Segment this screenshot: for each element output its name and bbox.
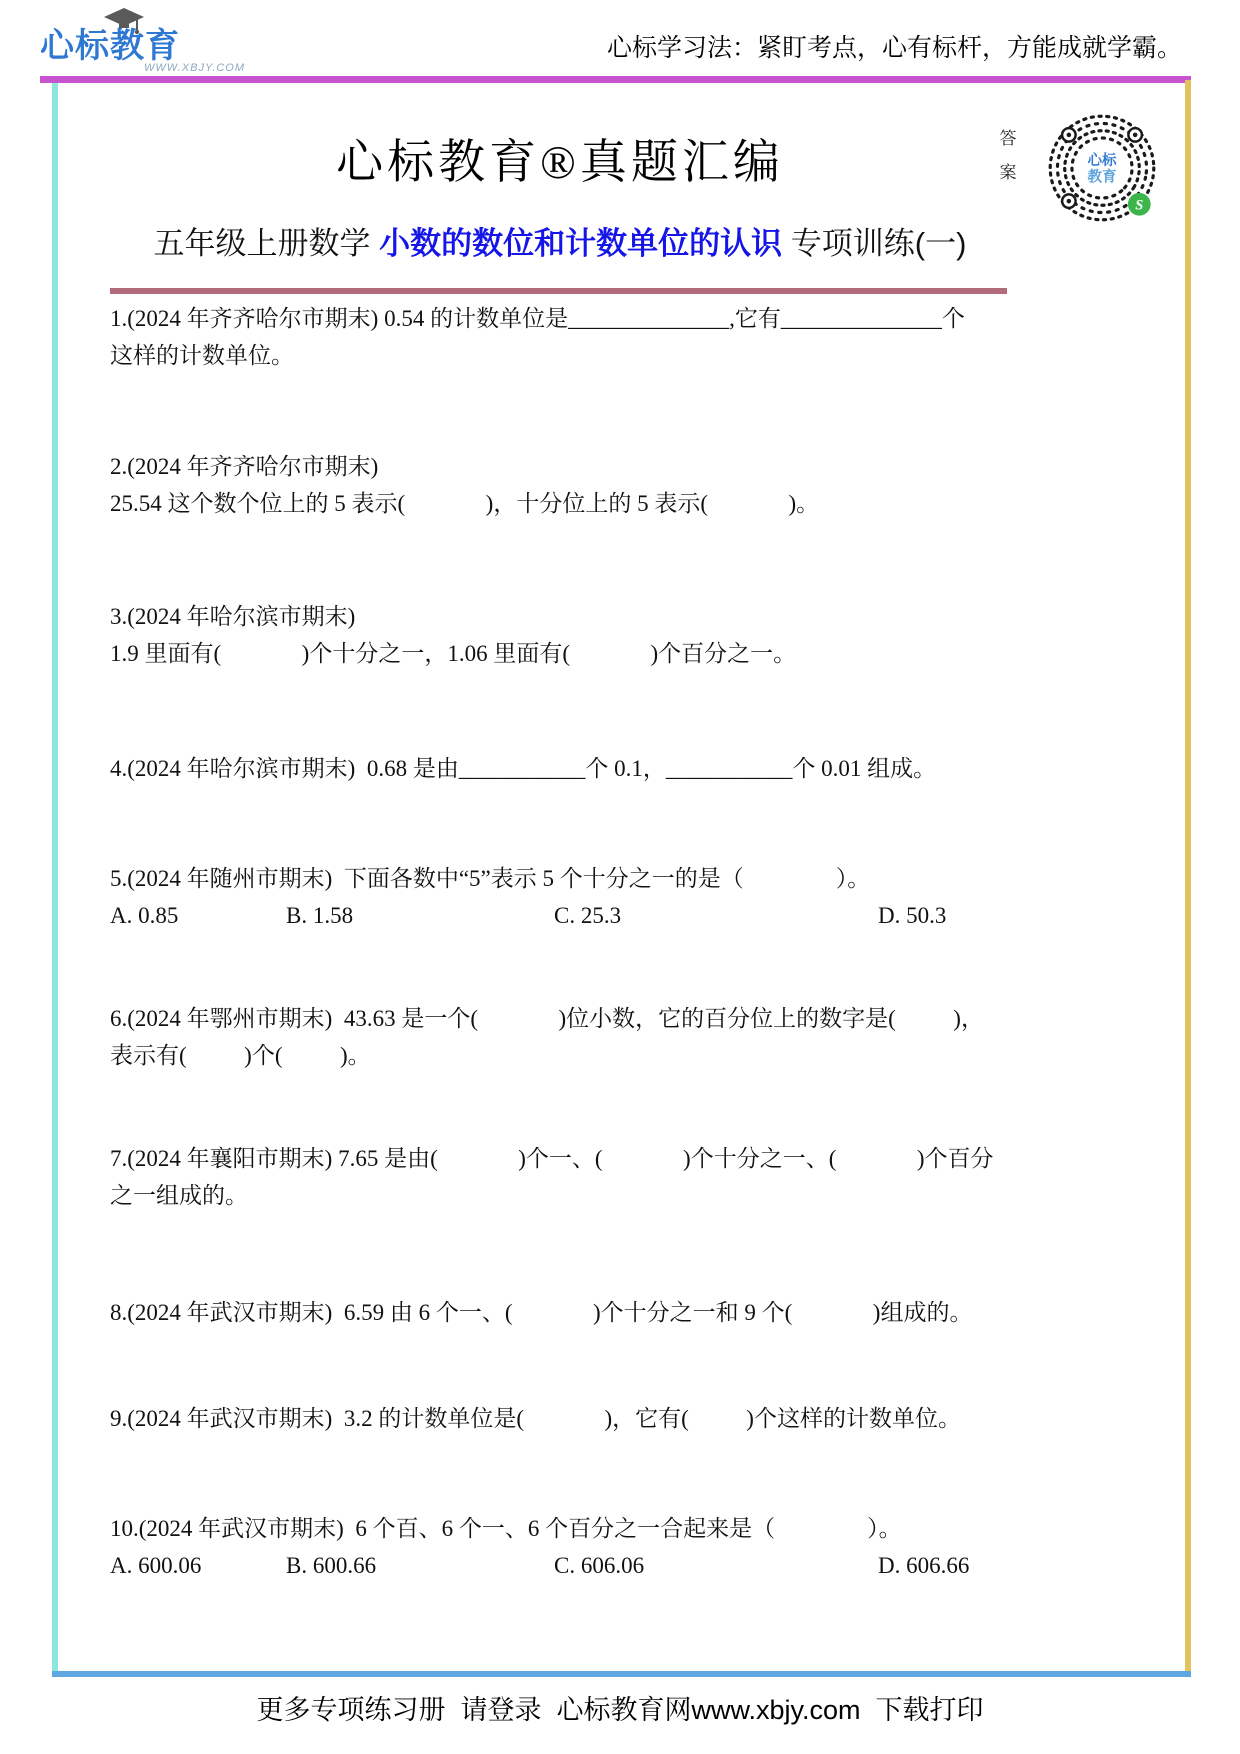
wechat-miniprogram-icon: S xyxy=(1128,193,1151,216)
footer-text: 更多专项练习册 请登录 心标教育网www.xbjy.com 下载打印 xyxy=(0,1688,1240,1727)
answer-qr-code: 心标 教育 S xyxy=(1044,110,1160,231)
subtitle-series: 专项训练(一) xyxy=(782,226,966,261)
option-c: C. 25.3 xyxy=(554,897,878,934)
qr-center-logo-line2: 教育 xyxy=(1087,167,1117,185)
question-9: 9.(2024 年武汉市期末) 3.2 的计数单位是( )，它有( )个这样的计… xyxy=(110,1400,1195,1437)
question-line: 2.(2024 年齐齐哈尔市期末) xyxy=(110,448,1195,485)
question-4: 4.(2024 年哈尔滨市期末) 0.68 是由___________个 0.1… xyxy=(110,750,1195,787)
header-slogan: 心标学习法：紧盯考点，心有标杆，方能成就学霸。 xyxy=(607,28,1182,64)
worksheet-page: 心标教育 WWW.XBJY.COM 心标学习法：紧盯考点，心有标杆，方能成就学霸… xyxy=(0,0,1240,1754)
option-b: B. 1.58 xyxy=(286,897,554,934)
worksheet-subtitle: 五年级上册数学 小数的数位和计数单位的认识 专项训练(一) xyxy=(65,224,1055,264)
answer-label-char1: 答 xyxy=(996,122,1020,156)
page-title: 心标教育®真题汇编 xyxy=(60,130,1060,196)
svg-text:S: S xyxy=(1135,197,1143,213)
question-line: 5.(2024 年随州市期末) 下面各数中“5”表示 5 个十分之一的是（ ）。 xyxy=(110,860,1195,897)
answer-label-char2: 案 xyxy=(996,156,1020,190)
subtitle-topic: 小数的数位和计数单位的认识 xyxy=(379,226,782,261)
question-line: 3.(2024 年哈尔滨市期末) xyxy=(110,598,1195,635)
question-line: 9.(2024 年武汉市期末) 3.2 的计数单位是( )，它有( )个这样的计… xyxy=(110,1400,1195,1437)
choice-row: A. 600.06 B. 600.66 C. 606.06 D. 606.66 xyxy=(110,1547,1195,1584)
question-line: 25.54 这个数个位上的 5 表示( )，十分位上的 5 表示( )。 xyxy=(110,485,1195,522)
question-7: 7.(2024 年襄阳市期末) 7.65 是由( )个一、( )个十分之一、( … xyxy=(110,1140,1195,1214)
question-line: 1.9 里面有( )个十分之一，1.06 里面有( )个百分之一。 xyxy=(110,635,1195,672)
top-rule-magenta xyxy=(40,76,1191,83)
question-2: 2.(2024 年齐齐哈尔市期末) 25.54 这个数个位上的 5 表示( )，… xyxy=(110,448,1195,522)
left-border-cyan xyxy=(52,83,58,1677)
question-line: 6.(2024 年鄂州市期末) 43.63 是一个( )位小数，它的百分位上的数… xyxy=(110,1000,1195,1037)
option-d: D. 50.3 xyxy=(878,897,946,934)
question-10: 10.(2024 年武汉市期末) 6 个百、6 个一、6 个百分之一合起来是（ … xyxy=(110,1510,1195,1584)
question-line: 表示有( )个( )。 xyxy=(110,1037,1195,1074)
subtitle-grade: 五年级上册数学 xyxy=(154,226,380,261)
option-a: A. 600.06 xyxy=(110,1547,286,1584)
choice-row: A. 0.85 B. 1.58 C. 25.3 D. 50.3 xyxy=(110,897,1195,934)
option-d: D. 606.66 xyxy=(878,1547,969,1584)
question-5: 5.(2024 年随州市期末) 下面各数中“5”表示 5 个十分之一的是（ ）。… xyxy=(110,860,1195,934)
brand-logo: 心标教育 WWW.XBJY.COM xyxy=(40,18,180,67)
question-6: 6.(2024 年鄂州市期末) 43.63 是一个( )位小数，它的百分位上的数… xyxy=(110,1000,1195,1074)
question-line: 10.(2024 年武汉市期末) 6 个百、6 个一、6 个百分之一合起来是（ … xyxy=(110,1510,1195,1547)
qr-center-logo-line1: 心标 xyxy=(1088,151,1117,169)
question-line: 4.(2024 年哈尔滨市期末) 0.68 是由___________个 0.1… xyxy=(110,750,1195,787)
question-line: 7.(2024 年襄阳市期末) 7.65 是由( )个一、( )个十分之一、( … xyxy=(110,1140,1195,1177)
option-b: B. 600.66 xyxy=(286,1547,554,1584)
section-divider xyxy=(110,288,1007,294)
answer-label: 答 案 xyxy=(996,122,1020,190)
bottom-rule-blue xyxy=(52,1671,1191,1677)
question-line: 1.(2024 年齐齐哈尔市期末) 0.54 的计数单位是___________… xyxy=(110,300,1195,337)
question-line: 这样的计数单位。 xyxy=(110,337,1195,374)
question-1: 1.(2024 年齐齐哈尔市期末) 0.54 的计数单位是___________… xyxy=(110,300,1195,374)
option-a: A. 0.85 xyxy=(110,897,286,934)
question-3: 3.(2024 年哈尔滨市期末) 1.9 里面有( )个十分之一，1.06 里面… xyxy=(110,598,1195,672)
question-line: 8.(2024 年武汉市期末) 6.59 由 6 个一、( )个十分之一和 9 … xyxy=(110,1294,1195,1331)
graduation-cap-icon xyxy=(104,8,144,41)
option-c: C. 606.06 xyxy=(554,1547,878,1584)
question-line: 之一组成的。 xyxy=(110,1177,1195,1214)
brand-url: WWW.XBJY.COM xyxy=(144,62,245,74)
question-8: 8.(2024 年武汉市期末) 6.59 由 6 个一、( )个十分之一和 9 … xyxy=(110,1294,1195,1331)
